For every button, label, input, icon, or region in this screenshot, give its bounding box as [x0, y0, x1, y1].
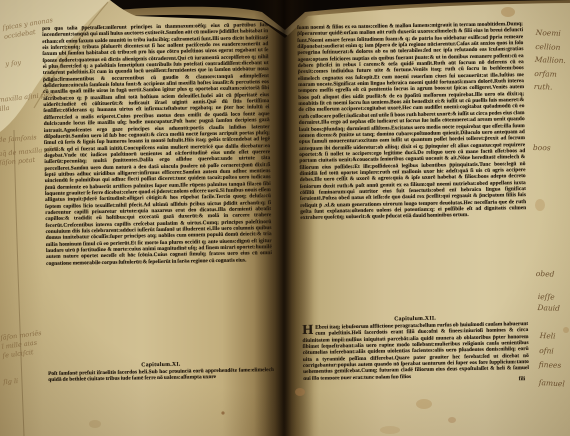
chapter-xii-paragraph: Ebrei itaq; iebuſeorum afflictione perag… — [302, 321, 529, 380]
margin-note-jesse-david: ieſſe Dauid — [537, 291, 560, 314]
left-page-text-column: pro qua talia p̄petraſſet:miſerunt princ… — [42, 22, 274, 385]
open-book-photo: pro qua talia p̄petraſſet:miſerunt princ… — [0, 0, 570, 436]
margin-note-boos: boos — [533, 143, 551, 152]
left-page-body-text: pro qua talia p̄petraſſet:miſerunt princ… — [42, 22, 274, 364]
drop-cap-initial: H — [302, 325, 315, 336]
right-page-text-column: ſuam noemi & filios ex ea natos:cellion … — [297, 21, 529, 387]
margin-note-illegible-7: ſig li — [3, 377, 18, 386]
margin-note-ruth-family: Noemi cellion Mallion. orfam ruth. — [534, 26, 567, 95]
margin-note-illegible-6: ſāſon moriēs ī mille aias ſe ulciſcit — [0, 329, 44, 361]
right-page-body-text: ſuam noemi & filios ex ea natos:cellion … — [297, 21, 528, 318]
margin-note-obed: obed — [536, 269, 555, 279]
chapter-xii-opening-text: HEbrei itaq; iebuſeorum afflictione pera… — [302, 321, 529, 380]
margin-note-samuel: ſamuel — [539, 378, 565, 388]
margin-note-heli-sons: Heli ofni finees — [538, 329, 562, 373]
margin-note-illegible-2: y ſoy — [5, 59, 21, 68]
